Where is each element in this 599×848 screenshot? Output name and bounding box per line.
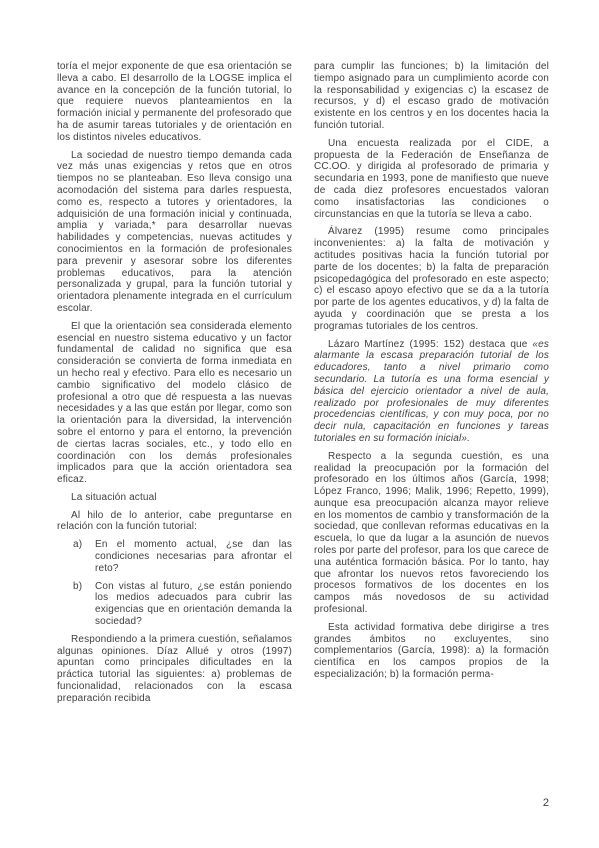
paragraph: Respondiendo a la primera cuestión, seña… <box>57 634 292 705</box>
paragraph: Al hilo de lo anterior, cabe preguntarse… <box>57 510 292 534</box>
document-page: toría el mejor exponente de que esa orie… <box>0 0 599 848</box>
page-number: 2 <box>531 797 549 810</box>
paragraph-with-quote: Lázaro Martínez (1995: 152) destaca que … <box>314 339 549 445</box>
quoted-text: «es alarmante la escasa preparación tuto… <box>314 339 549 444</box>
paragraph: Una encuesta realizada por el CIDE, a pr… <box>314 138 549 221</box>
paragraph: Esta actividad formativa debe dirigirse … <box>314 622 549 681</box>
list-marker: a) <box>73 539 95 574</box>
list-item-text: En el momento actual, ¿se dan las condic… <box>95 539 292 574</box>
paragraph: La sociedad de nuestro tiempo demanda ca… <box>57 150 292 315</box>
right-column: para cumplir las funciones; b) la limita… <box>314 61 549 711</box>
left-column: toría el mejor exponente de que esa orie… <box>57 61 292 711</box>
paragraph: El que la orientación sea considerada el… <box>57 321 292 486</box>
paragraph-continuation: toría el mejor exponente de que esa orie… <box>57 61 292 144</box>
list-item-text: Con vistas al futuro, ¿se están poniendo… <box>95 581 292 628</box>
quote-lead-text: Lázaro Martínez (1995: 152) destaca que <box>328 339 532 350</box>
list-marker: b) <box>73 581 95 628</box>
list-item-a: a) En el momento actual, ¿se dan las con… <box>57 539 292 574</box>
list-item-b: b) Con vistas al futuro, ¿se están ponie… <box>57 581 292 628</box>
paragraph-continuation: para cumplir las funciones; b) la limita… <box>314 61 549 132</box>
paragraph: Respecto a la segunda cuestión, es una r… <box>314 451 549 616</box>
paragraph: Álvarez (1995) resume como principales i… <box>314 226 549 332</box>
section-heading: La situación actual <box>57 492 292 504</box>
two-column-layout: toría el mejor exponente de que esa orie… <box>57 61 549 711</box>
